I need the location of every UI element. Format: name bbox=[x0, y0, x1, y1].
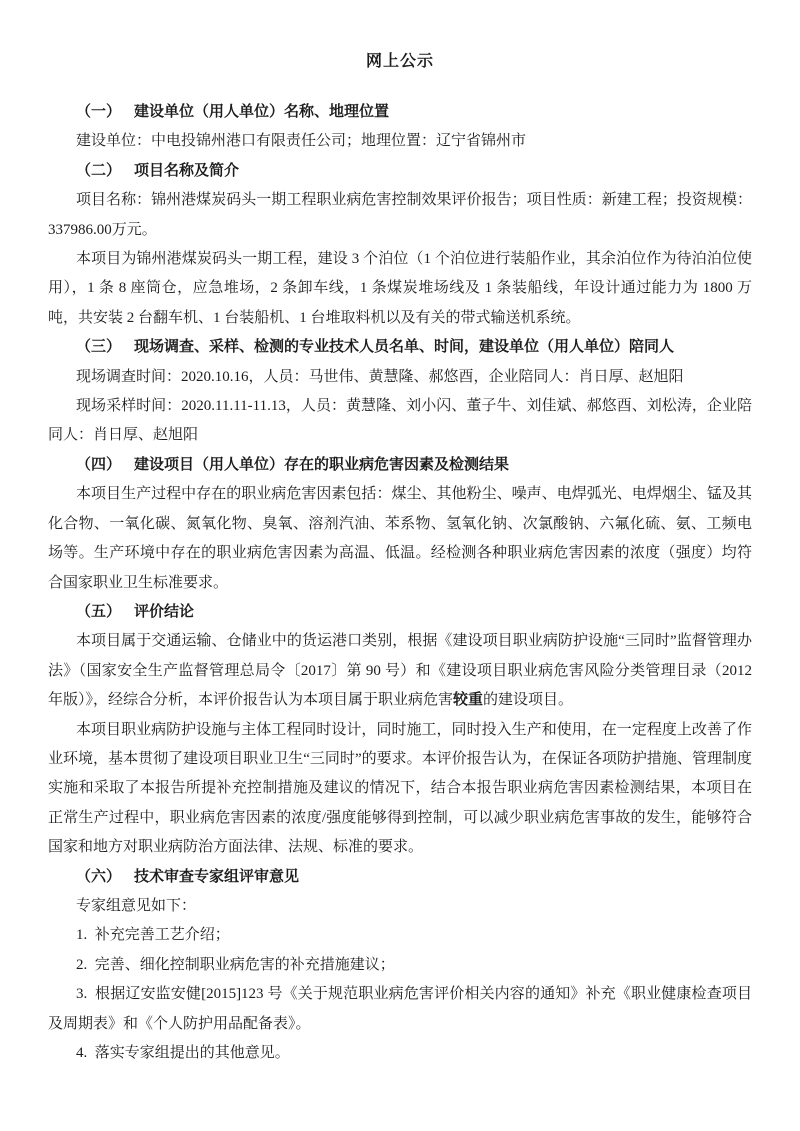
hazard-level-emphasis: 较重 bbox=[453, 692, 483, 708]
section-4-number: （四） bbox=[76, 457, 121, 473]
section-4-heading-text: 建设项目（用人单位）存在的职业病危害因素及检测结果 bbox=[134, 457, 509, 473]
conclusion-text-post: 的建设项目。 bbox=[483, 692, 573, 708]
section-3-heading-text: 现场调查、采样、检测的专业技术人员名单、时间，建设单位（用人单位）陪同人 bbox=[134, 339, 674, 355]
section-3-heading: （三）现场调查、采样、检测的专业技术人员名单、时间，建设单位（用人单位）陪同人 bbox=[48, 333, 752, 362]
section-1-paragraph: 建设单位：中电投锦州港口有限责任公司；地理位置：辽宁省锦州市 bbox=[48, 127, 752, 156]
section-3-paragraph: 现场调查时间：2020.10.16，人员：马世伟、黄慧隆、郝悠酉，企业陪同人：肖… bbox=[48, 363, 752, 392]
page-title: 网上公示 bbox=[48, 52, 752, 72]
section-2-paragraph: 项目名称：锦州港煤炭码头一期工程职业病危害控制效果评价报告；项目性质：新建工程；… bbox=[48, 186, 752, 245]
section-2-heading: （二）项目名称及简介 bbox=[48, 157, 752, 186]
section-5-heading: （五）评价结论 bbox=[48, 598, 752, 627]
expert-opinion-item: 2. 完善、细化控制职业病危害的补充措施建议； bbox=[48, 951, 752, 980]
section-5-heading-text: 评价结论 bbox=[134, 604, 194, 620]
section-3-paragraph: 现场采样时间：2020.11.11-11.13，人员：黄慧隆、刘小闪、董子牛、刘… bbox=[48, 392, 752, 451]
section-4-heading: （四）建设项目（用人单位）存在的职业病危害因素及检测结果 bbox=[48, 451, 752, 480]
section-5-number: （五） bbox=[76, 604, 121, 620]
section-2-heading-text: 项目名称及简介 bbox=[134, 163, 239, 179]
expert-opinion-item: 4. 落实专家组提出的其他意见。 bbox=[48, 1039, 752, 1068]
section-3-number: （三） bbox=[76, 339, 121, 355]
section-6-heading-text: 技术审查专家组评审意见 bbox=[134, 869, 299, 885]
section-5-paragraph: 本项目属于交通运输、仓储业中的货运港口类别，根据《建设项目职业病防护设施“三同时… bbox=[48, 627, 752, 715]
section-1-heading: （一）建设单位（用人单位）名称、地理位置 bbox=[48, 98, 752, 127]
conclusion-text-pre: 本项目属于交通运输、仓储业中的货运港口类别，根据《建设项目职业病防护设施“三同时… bbox=[48, 633, 756, 708]
section-6-number: （六） bbox=[76, 869, 121, 885]
document-page: 网上公示 （一）建设单位（用人单位）名称、地理位置 建设单位：中电投锦州港口有限… bbox=[0, 0, 800, 1131]
section-4-paragraph: 本项目生产过程中存在的职业病危害因素包括：煤尘、其他粉尘、噪声、电焊弧光、电焊烟… bbox=[48, 480, 752, 598]
section-1-heading-text: 建设单位（用人单位）名称、地理位置 bbox=[134, 104, 389, 120]
section-5-paragraph: 本项目职业病防护设施与主体工程同时设计，同时施工，同时投入生产和使用，在一定程度… bbox=[48, 716, 752, 863]
section-6-heading: （六）技术审查专家组评审意见 bbox=[48, 863, 752, 892]
section-2-paragraph: 本项目为锦州港煤炭码头一期工程，建设 3 个泊位（1 个泊位进行装船作业，其余泊… bbox=[48, 245, 752, 333]
expert-opinion-item: 3. 根据辽安监安健[2015]123 号《关于规范职业病危害评价相关内容的通知… bbox=[48, 980, 752, 1039]
section-6-paragraph: 专家组意见如下： bbox=[48, 892, 752, 921]
section-2-number: （二） bbox=[76, 163, 121, 179]
expert-opinion-item: 1. 补充完善工艺介绍； bbox=[48, 921, 752, 950]
section-1-number: （一） bbox=[76, 104, 121, 120]
